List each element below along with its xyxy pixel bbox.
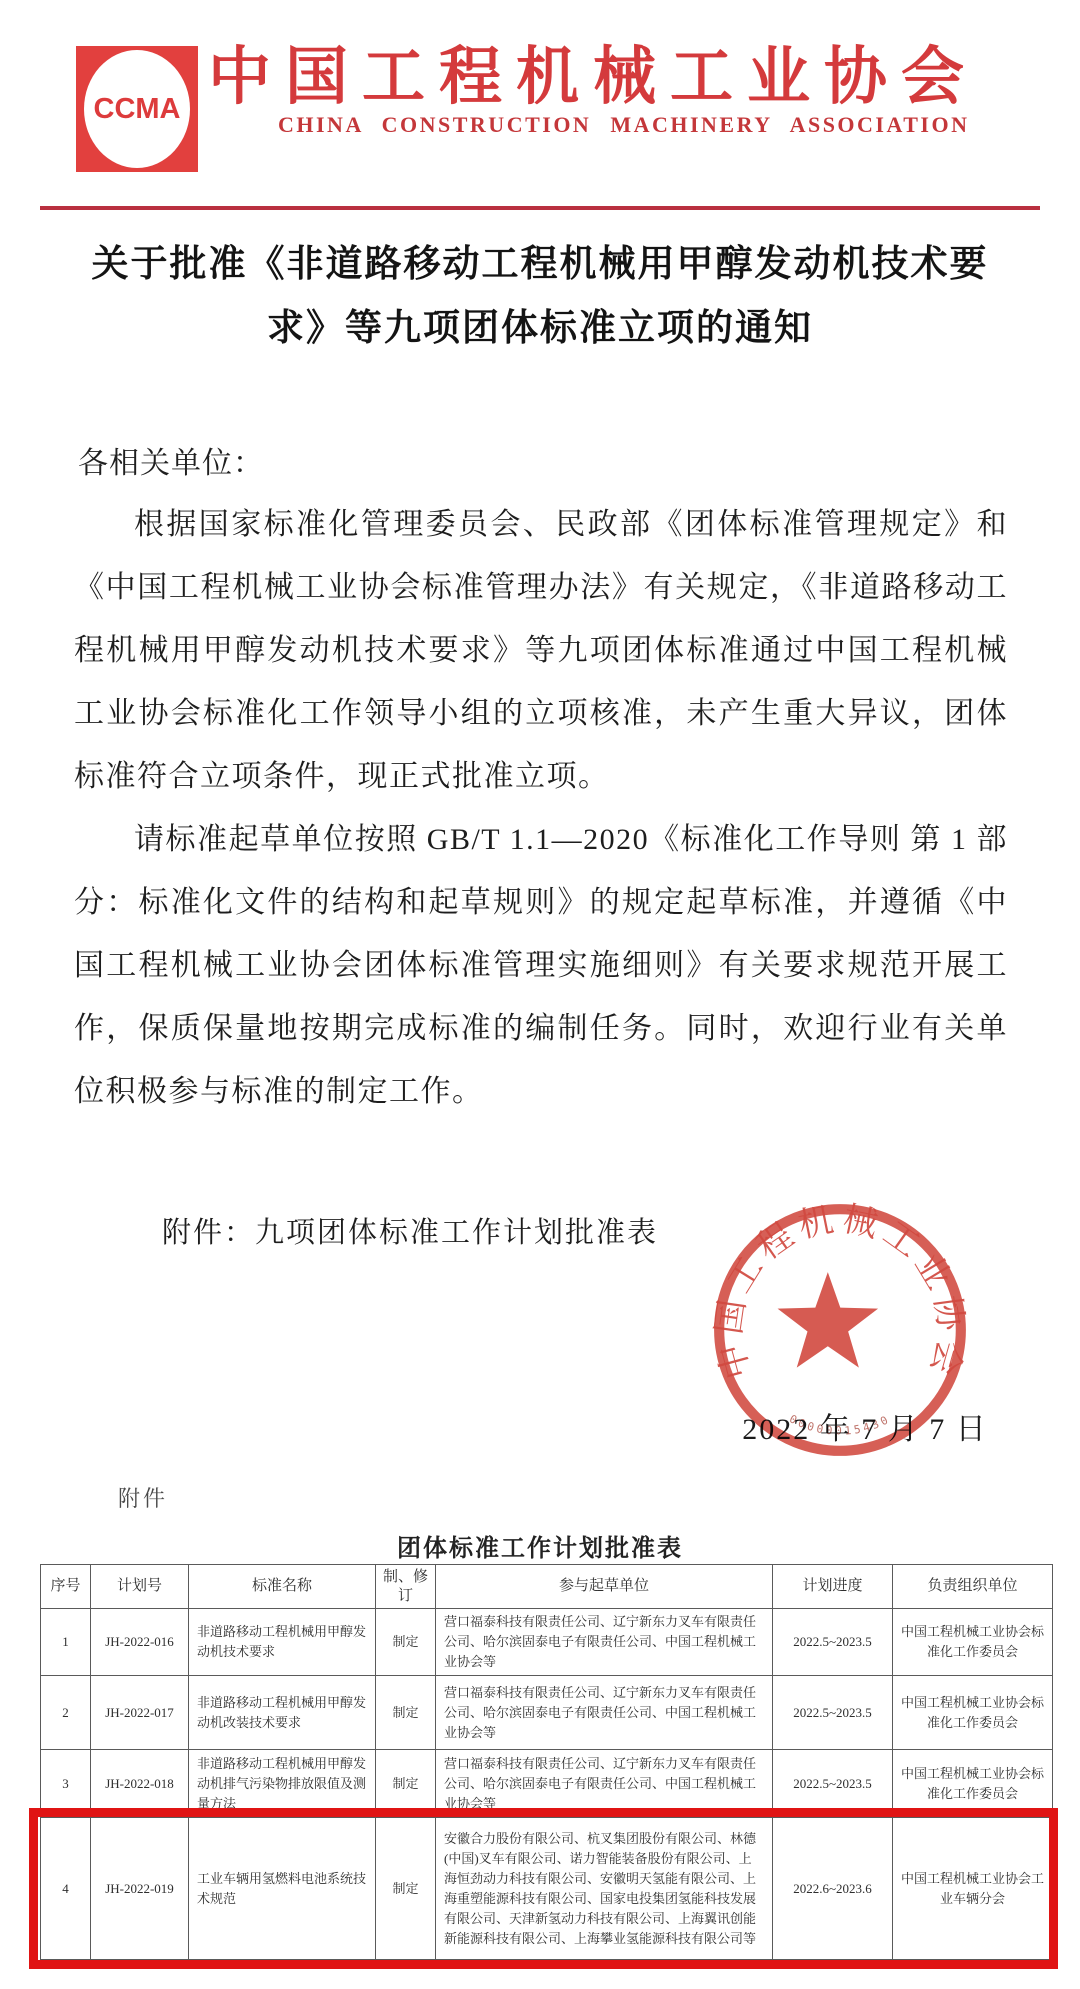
col-header-schedule: 计划进度	[773, 1565, 893, 1609]
col-header-drafters: 参与起草单位	[436, 1565, 773, 1609]
cell-standard-name: 非道路移动工程机械用甲醇发动机技术要求	[189, 1609, 376, 1676]
cell-type: 制定	[376, 1818, 436, 1960]
cell-org: 中国工程机械工业协会标准化工作委员会	[893, 1750, 1053, 1818]
cell-no: 2	[41, 1676, 91, 1750]
document-title-line2: 求》等九项团体标准立项的通知	[40, 297, 1040, 361]
svg-text:中国工程机械工业协会: 中国工程机械工业协会	[710, 1200, 970, 1384]
cell-type: 制定	[376, 1750, 436, 1818]
salutation: 各相关单位：	[78, 438, 264, 482]
cell-schedule: 2022.5~2023.5	[773, 1750, 893, 1818]
ccma-logo: CCMA	[76, 46, 198, 172]
cell-no: 3	[41, 1750, 91, 1818]
cell-plan-no: JH-2022-016	[91, 1609, 189, 1676]
official-seal: 中国工程机械工业协会 00000015430	[708, 1198, 972, 1462]
ccma-logo-text: CCMA	[94, 93, 181, 126]
ccma-logo-oval: CCMA	[84, 50, 190, 168]
cell-plan-no: JH-2022-019	[91, 1818, 189, 1960]
seal-serial: 00000015430	[787, 1412, 893, 1437]
table-row-4: 4 JH-2022-019 工业车辆用氢燃料电池系统技术规范 制定 安徽合力股份…	[41, 1818, 1053, 1960]
cell-standard-name: 非道路移动工程机械用甲醇发动机排气污染物排放限值及测量方法	[189, 1750, 376, 1818]
document-title: 关于批准《非道路移动工程机械用甲醇发动机技术要 求》等九项团体标准立项的通知	[40, 233, 1040, 361]
col-header-type: 制、修订	[376, 1565, 436, 1609]
paragraph-2: 请标准起草单位按照 GB/T 1.1—2020《标准化工作导则 第 1 部分：标…	[74, 808, 1008, 1123]
attachment-label: 附件	[118, 1482, 168, 1513]
seal-ring-text: 中国工程机械工业协会	[710, 1200, 970, 1384]
col-header-name: 标准名称	[189, 1565, 376, 1609]
cell-drafters: 安徽合力股份有限公司、杭叉集团股份有限公司、林德(中国)叉车有限公司、诺力智能装…	[436, 1818, 773, 1960]
cell-no: 1	[41, 1609, 91, 1676]
cell-schedule: 2022.5~2023.5	[773, 1676, 893, 1750]
col-header-org: 负责组织单位	[893, 1565, 1053, 1609]
col-header-plan-no: 计划号	[91, 1565, 189, 1609]
association-name-cn: 中国工程机械工业协会	[208, 26, 1028, 117]
cell-no: 4	[41, 1818, 91, 1960]
col-header-no: 序号	[41, 1565, 91, 1609]
cell-schedule: 2022.6~2023.6	[773, 1818, 893, 1960]
cell-drafters: 营口福泰科技有限责任公司、辽宁新东力叉车有限责任公司、哈尔滨固泰电子有限责任公司…	[436, 1676, 773, 1750]
svg-text:00000015430: 00000015430	[787, 1412, 893, 1437]
cell-type: 制定	[376, 1609, 436, 1676]
paragraph-1: 根据国家标准化管理委员会、民政部《团体标准管理规定》和《中国工程机械工业协会标准…	[74, 493, 1008, 808]
cell-type: 制定	[376, 1676, 436, 1750]
cell-org: 中国工程机械工业协会工业车辆分会	[893, 1818, 1053, 1960]
document-body: 根据国家标准化管理委员会、民政部《团体标准管理规定》和《中国工程机械工业协会标准…	[74, 493, 1008, 1123]
table-row-1: 1 JH-2022-016 非道路移动工程机械用甲醇发动机技术要求 制定 营口福…	[41, 1609, 1053, 1676]
plan-table: 序号 计划号 标准名称 制、修订 参与起草单位 计划进度 负责组织单位 1 JH…	[40, 1564, 1053, 1960]
cell-org: 中国工程机械工业协会标准化工作委员会	[893, 1676, 1053, 1750]
seal-star-icon	[778, 1272, 879, 1368]
cell-plan-no: JH-2022-017	[91, 1676, 189, 1750]
cell-drafters: 营口福泰科技有限责任公司、辽宁新东力叉车有限责任公司、哈尔滨固泰电子有限责任公司…	[436, 1609, 773, 1676]
association-name-en: CHINA CONSTRUCTION MACHINERY ASSOCIATION	[278, 112, 1038, 138]
cell-plan-no: JH-2022-018	[91, 1750, 189, 1818]
letterhead-rule	[40, 206, 1040, 210]
table-row-2: 2 JH-2022-017 非道路移动工程机械用甲醇发动机改装技术要求 制定 营…	[41, 1676, 1053, 1750]
cell-schedule: 2022.5~2023.5	[773, 1609, 893, 1676]
cell-standard-name: 非道路移动工程机械用甲醇发动机改装技术要求	[189, 1676, 376, 1750]
page: CCMA 中国工程机械工业协会 CHINA CONSTRUCTION MACHI…	[0, 0, 1080, 1989]
cell-standard-name: 工业车辆用氢燃料电池系统技术规范	[189, 1818, 376, 1960]
table-row-3: 3 JH-2022-018 非道路移动工程机械用甲醇发动机排气污染物排放限值及测…	[41, 1750, 1053, 1818]
cell-drafters: 营口福泰科技有限责任公司、辽宁新东力叉车有限责任公司、哈尔滨固泰电子有限责任公司…	[436, 1750, 773, 1818]
attachment-note: 附件：九项团体标准工作计划批准表	[162, 1210, 658, 1251]
table-title: 团体标准工作计划批准表	[0, 1528, 1080, 1563]
cell-org: 中国工程机械工业协会标准化工作委员会	[893, 1609, 1053, 1676]
table-header-row: 序号 计划号 标准名称 制、修订 参与起草单位 计划进度 负责组织单位	[41, 1565, 1053, 1609]
document-title-line1: 关于批准《非道路移动工程机械用甲醇发动机技术要	[40, 233, 1040, 297]
